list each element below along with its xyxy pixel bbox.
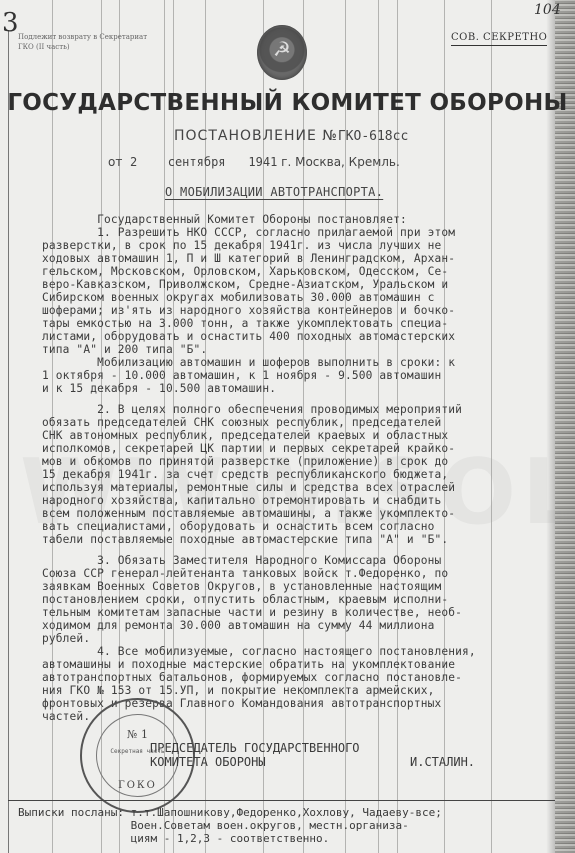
body-line: разверстки, в срок по 15 декабря 1941г. … [42, 239, 532, 252]
date-day: 2 [130, 155, 137, 169]
signatory-title: ПРЕДСЕДАТЕЛЬ ГОСУДАРСТВЕННОГОКОМИТЕТА ОБ… [150, 741, 360, 769]
signatory-name: И.СТАЛИН. [410, 755, 475, 769]
archive-page-number: 104 [534, 2, 561, 18]
stamp-org: ГОКО [82, 780, 193, 791]
document-title: ГОСУДАРСТВЕННЫЙ КОМИТЕТ ОБОРОНЫ [0, 90, 575, 116]
body-line: вать специалистами, оборудовать и оснаст… [42, 520, 532, 533]
body-line: 15 декабря 1941г. за счет средств респуб… [42, 468, 532, 481]
body-line: СНК автономных республик, председателей … [42, 429, 532, 442]
body-line: Мобилизацию автомашин и шоферов выполнит… [42, 356, 532, 369]
paragraph-gap [42, 395, 532, 403]
body-line: и к 15 декабря - 10.500 автомашин. [42, 382, 532, 395]
return-note-line: ГКО (II часть) [18, 42, 147, 52]
handwritten-mark: 3 [2, 8, 19, 38]
return-note: Подлежит возврату в Секретариат ГКО (II … [18, 32, 147, 52]
classification-label: СОВ. СЕКРЕТНО [451, 32, 547, 46]
body-line: заявкам Военных Советов Округов, в устан… [42, 580, 532, 593]
return-note-line: Подлежит возврату в Секретариат [18, 32, 147, 42]
body-line: 1. Разрешить НКО СССР, согласно прилагае… [42, 226, 532, 239]
decree-heading: ПОСТАНОВЛЕНИЕ №ГКО-618сс [174, 128, 408, 144]
body-line: ходовых автомашин 1, П и Ш категорий в Л… [42, 252, 532, 265]
body-line: ходимом для ремонта 30.000 автомашин на … [42, 619, 532, 632]
signatory-title-line: КОМИТЕТА ОБОРОНЫ [150, 755, 360, 769]
body-line: Государственный Комитет Обороны постанов… [42, 213, 532, 226]
left-margin-line [8, 30, 9, 853]
stamp-number: № 1 [82, 728, 193, 741]
date-year: 1941 [248, 155, 277, 169]
body-line: народного хозяйства, капитально отремонт… [42, 494, 532, 507]
distribution-line: Воен.Советам воен.округов, местн.организ… [18, 819, 442, 832]
body-line: используя материалы, ремонтные силы и ср… [42, 481, 532, 494]
decree-subject: О МОБИЛИЗАЦИИ АВТОТРАНСПОРТА. [165, 185, 383, 199]
date-place: г. Москва, Кремль. [281, 155, 400, 169]
scan-edge [555, 0, 575, 853]
body-line: исполкомов, секретарей ЦК партии и первы… [42, 442, 532, 455]
distribution-list: Выписки посланы: т.т.Шапошникову,Федорен… [18, 806, 442, 845]
body-line: веро-Кавказском, Приволжском, Средне-Ази… [42, 278, 532, 291]
body-line: 2. В целях полного обеспечения проводимы… [42, 403, 532, 416]
body-line: рублей. [42, 632, 532, 645]
signatory-title-line: ПРЕДСЕДАТЕЛЬ ГОСУДАРСТВЕННОГО [150, 741, 360, 755]
body-line: шоферами; из'ять из народного хозяйства … [42, 304, 532, 317]
body-line: 4. Все мобилизуемые, согласно настоящего… [42, 645, 532, 658]
body-line: обязать председателей СНК союзных респуб… [42, 416, 532, 429]
body-line: тельным комитетам запасные части и резин… [42, 606, 532, 619]
date-month: сентября [168, 155, 226, 169]
date-line: от 2 сентября 1941 г. Москва, Кремль. [108, 155, 400, 169]
body-line: ния ГКО № 153 от 15.УП, и покрытие неком… [42, 684, 532, 697]
body-line: мов и обкомов по принятой разверстке (пр… [42, 455, 532, 468]
scanned-document-page: 3 104 Подлежит возврату в Секретариат ГК… [0, 0, 575, 853]
body-line: 3. Обязать Заместителя Народного Комисса… [42, 554, 532, 567]
body-line: табели поставляемые походные автомастерс… [42, 533, 532, 546]
body-line: Союза ССР генерал-лейтенанта танковых во… [42, 567, 532, 580]
paragraph-gap [42, 546, 532, 554]
body-line: листами, оборудовать и оснастить 400 пох… [42, 330, 532, 343]
body-line: тары емкостью на 3.000 тонн, а также уко… [42, 317, 532, 330]
body-line: автомашины и походные мастерские обратит… [42, 658, 532, 671]
body-line: типа "А" и 200 типа "Б". [42, 343, 532, 356]
decree-body: Государственный Комитет Обороны постанов… [42, 213, 532, 723]
body-line: постановлением сроки, отпустить областны… [42, 593, 532, 606]
body-line: гельском, Московском, Орловском, Харьков… [42, 265, 532, 278]
body-line: Сибирском военных округах мобилизовать 3… [42, 291, 532, 304]
distribution-line: Выписки посланы: т.т.Шапошникову,Федорен… [18, 806, 442, 819]
decree-number: ГКО-618сс [338, 129, 408, 144]
date-prefix: от [108, 155, 122, 169]
body-line: автотранспортных батальонов, формируемых… [42, 671, 532, 684]
decree-label: ПОСТАНОВЛЕНИЕ № [174, 128, 338, 144]
divider [8, 800, 555, 801]
body-line: всем положенным поставляемые автомашины,… [42, 507, 532, 520]
distribution-line: циям - 1,2,3 - соответственно. [18, 832, 442, 845]
body-line: 1 октября - 10.000 автомашин, к 1 ноября… [42, 369, 532, 382]
ussr-coat-of-arms-icon [257, 25, 307, 80]
